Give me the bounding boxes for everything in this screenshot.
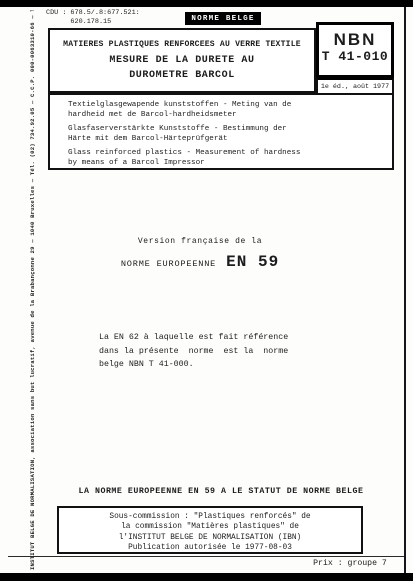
cdu-label: CDU :: [46, 9, 66, 26]
footer-divider: [8, 556, 404, 557]
institute-line: l'INSTITUT BELGE DE NORMALISATION (IBN): [59, 533, 361, 543]
publication-date-line: Publication autorisée le 1977-08-03: [59, 543, 361, 553]
cdu-number-line2: 620.178.15: [70, 18, 139, 27]
version-statement: Version française de la: [60, 237, 340, 246]
reference-note: La EN 62 à laquelle est fait référence d…: [99, 331, 288, 372]
title-box: MATIERES PLASTIQUES RENFORCEES AU VERRE …: [48, 28, 316, 93]
norme-belge-badge: NORME BELGE: [185, 12, 261, 25]
standard-reference-box: NBN T 41-010: [316, 22, 394, 78]
top-scan-bar: [0, 0, 413, 7]
price-group: Prix : groupe 7: [300, 559, 400, 568]
bottom-scan-bar: [0, 573, 413, 581]
sidebar-vertical-imprint: INSTITUT BELGE DE NORMALISATION, associa…: [29, 10, 41, 570]
subcommission-line: Sous-commission : "Plastiques renforcés"…: [59, 512, 361, 522]
title-german: Glasfaserverstärkte Kunststoffe - Bestim…: [68, 125, 384, 144]
edition-date: 1e éd., août 1977: [321, 83, 389, 91]
document-title-line2: DUROMETRE BARCOL: [50, 70, 314, 81]
publication-box: Sous-commission : "Plastiques renforcés"…: [57, 506, 363, 554]
cdu-classification: CDU : 678.5/.8:677.521: 620.178.15: [46, 9, 140, 26]
document-subject: MATIERES PLASTIQUES RENFORCEES AU VERRE …: [50, 40, 314, 49]
commission-line: la commission "Matières plastiques" de: [59, 522, 361, 532]
european-norm-line: NORME EUROPEENNEEN 59: [60, 253, 340, 271]
standards-body-abbrev: NBN: [319, 30, 391, 49]
translations-box: Textielglasgewapende kunststoffen - Meti…: [48, 93, 394, 170]
title-dutch: Textielglasgewapende kunststoffen - Meti…: [68, 101, 384, 120]
right-page-edge: [404, 7, 406, 573]
standard-number: T 41-010: [319, 49, 391, 65]
status-statement: LA NORME EUROPEENNE EN 59 A LE STATUT DE…: [48, 487, 394, 496]
document-title-line1: MESURE DE LA DURETE AU: [50, 55, 314, 66]
european-norm-code: EN 59: [226, 253, 279, 271]
european-norm-label: NORME EUROPEENNE: [121, 259, 216, 269]
cdu-number-line1: 678.5/.8:677.521:: [70, 9, 139, 18]
title-english: Glass reinforced plastics - Measurement …: [68, 149, 384, 168]
